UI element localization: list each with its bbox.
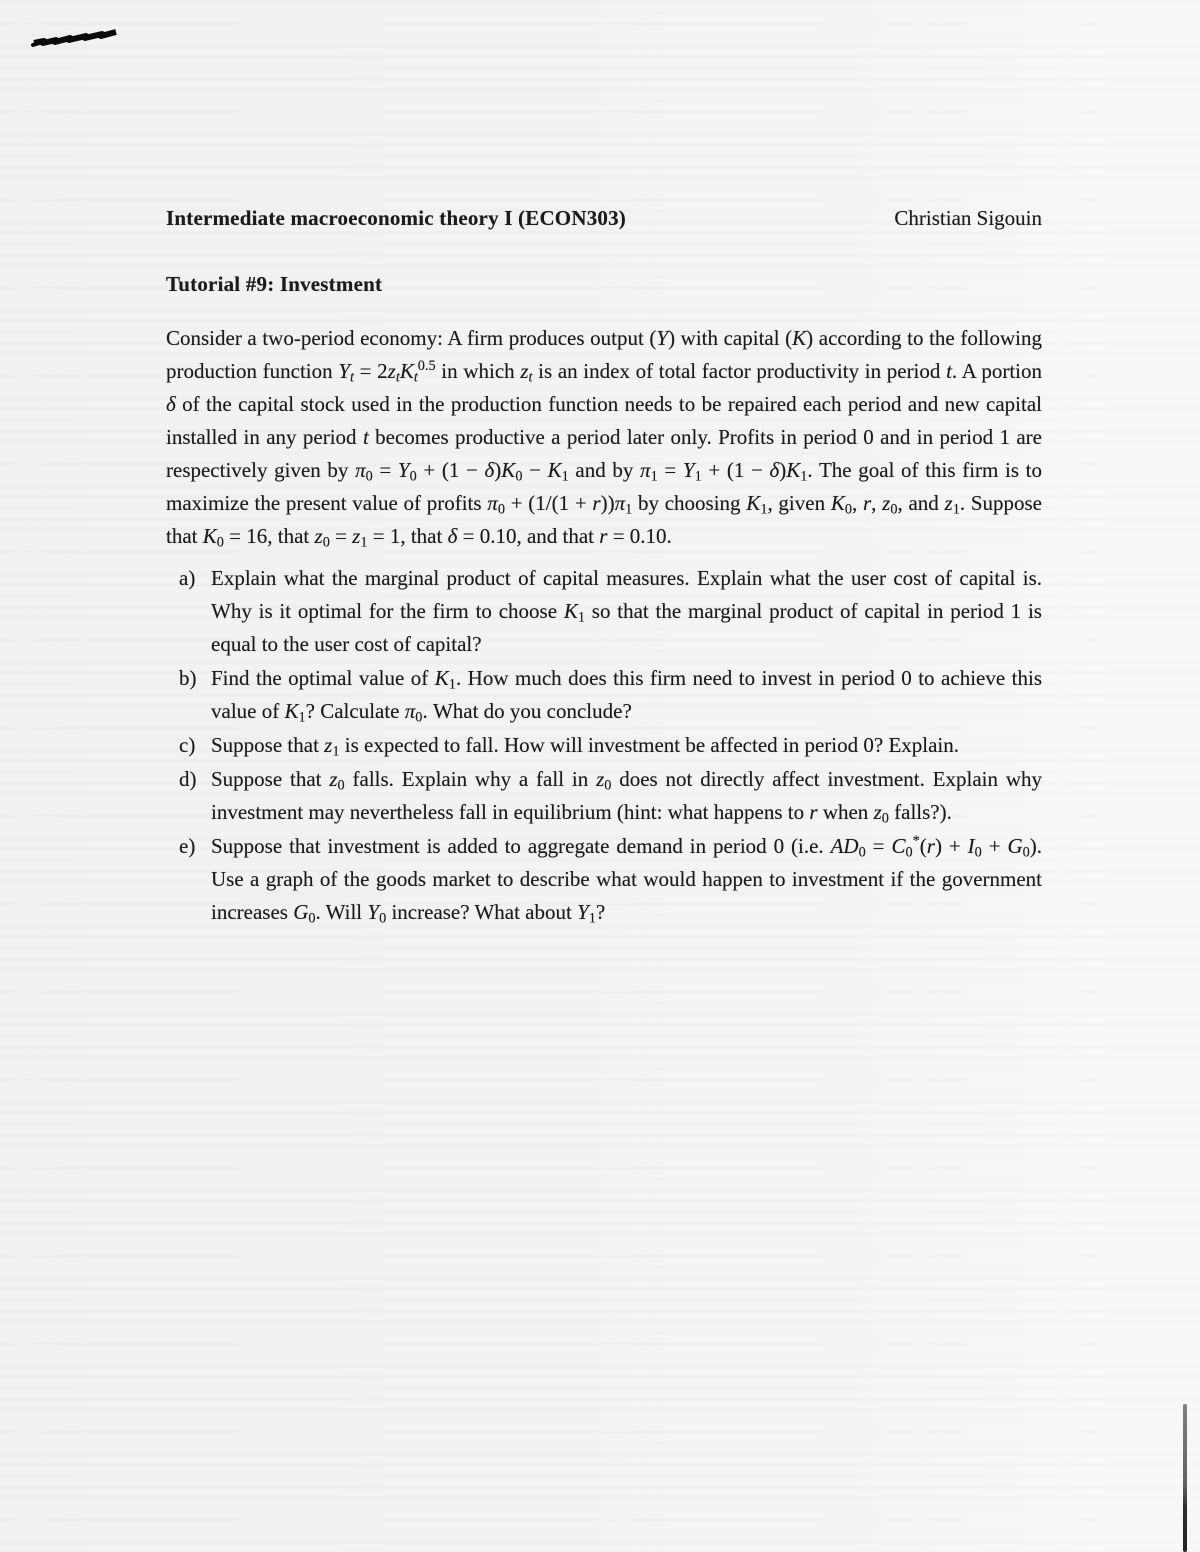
question-text: Suppose that z0 falls. Explain why a fal…	[211, 767, 1042, 824]
pen-mark	[30, 24, 122, 50]
question-label: c)	[179, 729, 195, 762]
document-header: Intermediate macroeconomic theory I (ECO…	[166, 202, 1042, 235]
question-item-d: d) Suppose that z0 falls. Explain why a …	[166, 763, 1042, 829]
document-content: Intermediate macroeconomic theory I (ECO…	[166, 202, 1042, 929]
question-item-a: a) Explain what the marginal product of …	[166, 562, 1042, 661]
question-item-b: b) Find the optimal value of K1. How muc…	[166, 662, 1042, 728]
question-text: Explain what the marginal product of cap…	[211, 566, 1042, 656]
author-name: Christian Sigouin	[894, 202, 1042, 235]
question-list: a) Explain what the marginal product of …	[166, 562, 1042, 929]
intro-paragraph: Consider a two-period economy: A firm pr…	[166, 322, 1042, 553]
question-label: a)	[179, 562, 195, 595]
scan-edge-line	[1183, 1404, 1187, 1552]
question-text: Suppose that investment is added to aggr…	[211, 834, 1042, 924]
tutorial-title: Tutorial #9: Investment	[166, 268, 1042, 301]
document-page: Intermediate macroeconomic theory I (ECO…	[0, 0, 1200, 1552]
question-text: Find the optimal value of K1. How much d…	[211, 666, 1042, 723]
course-title: Intermediate macroeconomic theory I (ECO…	[166, 202, 626, 235]
question-label: e)	[179, 830, 195, 863]
question-item-c: c) Suppose that z1 is expected to fall. …	[166, 729, 1042, 762]
question-label: b)	[179, 662, 197, 695]
question-text: Suppose that z1 is expected to fall. How…	[211, 733, 959, 757]
question-label: d)	[179, 763, 197, 796]
question-item-e: e) Suppose that investment is added to a…	[166, 830, 1042, 929]
